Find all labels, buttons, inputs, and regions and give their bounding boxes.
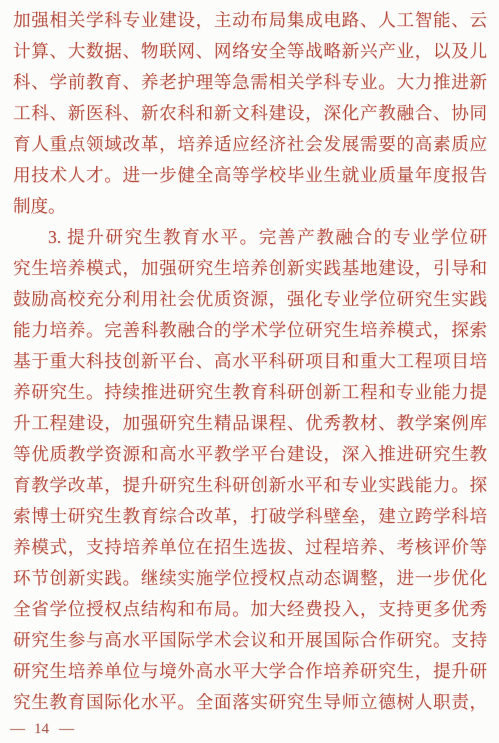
text-line: 等优质教学资源和高水平教学平台建设，深入推进研究生教 [13,439,487,470]
page-number: 14 [34,721,49,738]
text-line: 计算、大数据、物联网、网络安全等战略新兴产业，以及儿 [13,36,487,67]
document-page: 加强相关学科专业建设，主动布局集成电路、人工智能、云计算、大数据、物联网、网络安… [0,0,499,743]
text-line: 用技术人才。进一步健全高等学校毕业生就业质量年度报告 [13,160,487,191]
text-block: 加强相关学科专业建设，主动布局集成电路、人工智能、云计算、大数据、物联网、网络安… [13,5,487,718]
text-line: 加强相关学科专业建设，主动布局集成电路、人工智能、云 [13,5,487,36]
text-line: 科、学前教育、养老护理等急需相关学科专业。大力推进新 [13,67,487,98]
text-line: 研究生参与高水平国际学术会议和开展国际合作研究。支持 [13,625,487,656]
text-line: 养研究生。持续推进研究生教育科研创新工程和专业能力提 [13,377,487,408]
text-line: 全省学位授权点结构和布局。加大经费投入，支持更多优秀 [13,594,487,625]
text-line: 鼓励高校充分利用社会优质资源，强化专业学位研究生实践 [13,284,487,315]
text-line: 育人重点领域改革，培养适应经济社会发展需要的高素质应 [13,129,487,160]
text-line: 基于重大科技创新平台、高水平科研项目和重大工程项目培 [13,346,487,377]
text-line: 升工程建设，加强研究生精品课程、优秀教材、教学案例库 [13,408,487,439]
text-line: 能力培养。完善科教融合的学术学位研究生培养模式，探索 [13,315,487,346]
text-line: 究生教育国际化水平。全面落实研究生导师立德树人职责， [13,687,487,718]
footer-left-dash: — [10,721,24,738]
text-line: 育教学改革，提升研究生科研创新水平和专业实践能力。探 [13,470,487,501]
page-footer: — 14 — [10,721,73,738]
footer-right-dash: — [59,721,73,738]
text-line: 养模式，支持培养单位在招生选拔、过程培养、考核评价等 [13,532,487,563]
text-line: 制度。 [13,191,487,222]
text-line: 索博士研究生教育综合改革，打破学科壁垒，建立跨学科培 [13,501,487,532]
text-line: 研究生培养单位与境外高水平大学合作培养研究生，提升研 [13,656,487,687]
text-line: 环节创新实践。继续实施学位授权点动态调整，进一步优化 [13,563,487,594]
text-line: 3. 提升研究生教育水平。完善产教融合的专业学位研 [13,222,487,253]
text-line: 究生培养模式，加强研究生培养创新实践基地建设，引导和 [13,253,487,284]
text-line: 工科、新医科、新农科和新文科建设，深化产教融合、协同 [13,98,487,129]
